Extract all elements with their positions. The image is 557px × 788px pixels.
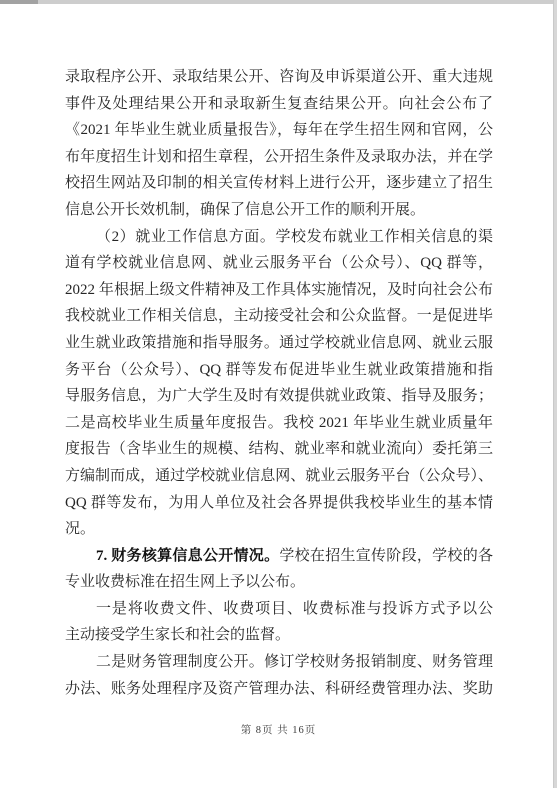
text-line: 7. 财务核算信息公开情况。学校在招生宣传阶段，学校的各	[65, 543, 493, 570]
text-line: （2）就业工作信息方面。学校发布就业工作相关信息的渠	[65, 224, 493, 251]
text-run: 办法、账务处理程序及资产管理办法、科研经费管理办法、奖助	[65, 681, 493, 697]
text-line: 布年度招生计划和招生章程，公开招生条件及录取办法，并在学	[65, 144, 493, 171]
text-run: 《2021 年毕业生就业质量报告》，每年在学生招生网和官网，公	[65, 122, 493, 138]
document-body: 录取程序公开、录取结果公开、咨询及申诉渠道公开、重大违规事件及处理结果公开和录取…	[65, 64, 493, 702]
page-number: 第 8页 共 16页	[241, 725, 317, 736]
page-top-edge	[0, 0, 557, 4]
text-line: 2022 年根据上级文件精神及工作具体实施情况，及时向社会公布	[65, 277, 493, 304]
page-top-edge-corner	[0, 0, 38, 4]
text-line: QQ 群等发布，为用人单位及社会各界提供我校毕业生的基本情	[65, 490, 493, 517]
text-run: 信息公开长效机制，确保了信息公开工作的顺利开展。	[65, 202, 425, 218]
text-run: 导服务信息，为广大学生及时有效提供就业政策、指导及服务；	[65, 388, 493, 404]
text-run: 一是将收费文件、收费项目、收费标准与投诉方式予以公示，	[96, 601, 493, 623]
text-line: 主动接受学生家长和社会的监督。	[65, 622, 493, 649]
text-line: 道有学校就业信息网、就业云服务平台（公众号）、QQ 群等，	[65, 250, 493, 277]
text-run: （2）就业工作信息方面。学校发布就业工作相关信息的渠	[96, 229, 493, 245]
text-line: 《2021 年毕业生就业质量报告》，每年在学生招生网和官网，公	[65, 117, 493, 144]
text-line: 我校就业工作相关信息，主动接受社会和公众监督。一是促进毕	[65, 303, 493, 330]
text-line: 事件及处理结果公开和录取新生复查结果公开。向社会公布了	[65, 91, 493, 118]
text-line: 导服务信息，为广大学生及时有效提供就业政策、指导及服务；	[65, 383, 493, 410]
text-run: 录取程序公开、录取结果公开、咨询及申诉渠道公开、重大违规	[65, 69, 493, 85]
text-line: 二是财务管理制度公开。修订学校财务报销制度、财务管理	[65, 649, 493, 676]
text-line: 录取程序公开、录取结果公开、咨询及申诉渠道公开、重大违规	[65, 64, 493, 91]
text-run: 主动接受学生家长和社会的监督。	[65, 627, 290, 643]
text-line: 校招生网站及印制的相关宣传材料上进行公开，逐步建立了招生	[65, 170, 493, 197]
text-run: 方编制而成，通过学校就业信息网、就业云服务平台（公众号）、	[65, 468, 493, 484]
text-run: 二是高校毕业生质量年度报告。我校 2021 年毕业生就业质量年	[65, 415, 493, 431]
text-line: 二是高校毕业生质量年度报告。我校 2021 年毕业生就业质量年	[65, 410, 493, 437]
text-run: 专业收费标准在招生网上予以公布。	[65, 574, 305, 590]
text-run: 二是财务管理制度公开。修订学校财务报销制度、财务管理	[96, 654, 493, 670]
text-run: 务平台（公众号）、QQ 群等发布促进毕业生就业政策措施和指	[65, 362, 493, 378]
text-run: 度报告（含毕业生的规模、结构、就业率和就业流向）委托第三	[65, 441, 493, 457]
text-run: 业生就业政策措施和指导服务。通过学校就业信息网、就业云服	[65, 335, 493, 351]
text-run: 学校在招生宣传阶段，学校的各	[279, 548, 493, 564]
text-line: 度报告（含毕业生的规模、结构、就业率和就业流向）委托第三	[65, 436, 493, 463]
text-line: 办法、账务处理程序及资产管理办法、科研经费管理办法、奖助	[65, 676, 493, 703]
text-run: 我校就业工作相关信息，主动接受社会和公众监督。一是促进毕	[65, 308, 493, 324]
text-line: 务平台（公众号）、QQ 群等发布促进毕业生就业政策措施和指	[65, 357, 493, 384]
text-run: 事件及处理结果公开和录取新生复查结果公开。向社会公布了	[65, 96, 493, 112]
text-run: 道有学校就业信息网、就业云服务平台（公众号）、QQ 群等，	[65, 255, 493, 271]
page-right-edge	[553, 0, 557, 788]
text-line: 一是将收费文件、收费项目、收费标准与投诉方式予以公示，	[65, 596, 493, 623]
bold-heading-run: 7. 财务核算信息公开情况。	[96, 548, 279, 564]
text-run: 校招生网站及印制的相关宣传材料上进行公开，逐步建立了招生	[65, 175, 493, 191]
text-run: QQ 群等发布，为用人单位及社会各界提供我校毕业生的基本情	[65, 495, 493, 511]
text-line: 业生就业政策措施和指导服务。通过学校就业信息网、就业云服	[65, 330, 493, 357]
text-run: 2022 年根据上级文件精神及工作具体实施情况，及时向社会公布	[65, 282, 493, 298]
text-line: 专业收费标准在招生网上予以公布。	[65, 569, 493, 596]
page-footer: 第 8页 共 16页	[0, 722, 557, 737]
text-line: 信息公开长效机制，确保了信息公开工作的顺利开展。	[65, 197, 493, 224]
text-line: 况。	[65, 516, 493, 543]
text-run: 布年度招生计划和招生章程，公开招生条件及录取办法，并在学	[65, 149, 493, 165]
text-run: 况。	[65, 521, 95, 537]
text-line: 方编制而成，通过学校就业信息网、就业云服务平台（公众号）、	[65, 463, 493, 490]
